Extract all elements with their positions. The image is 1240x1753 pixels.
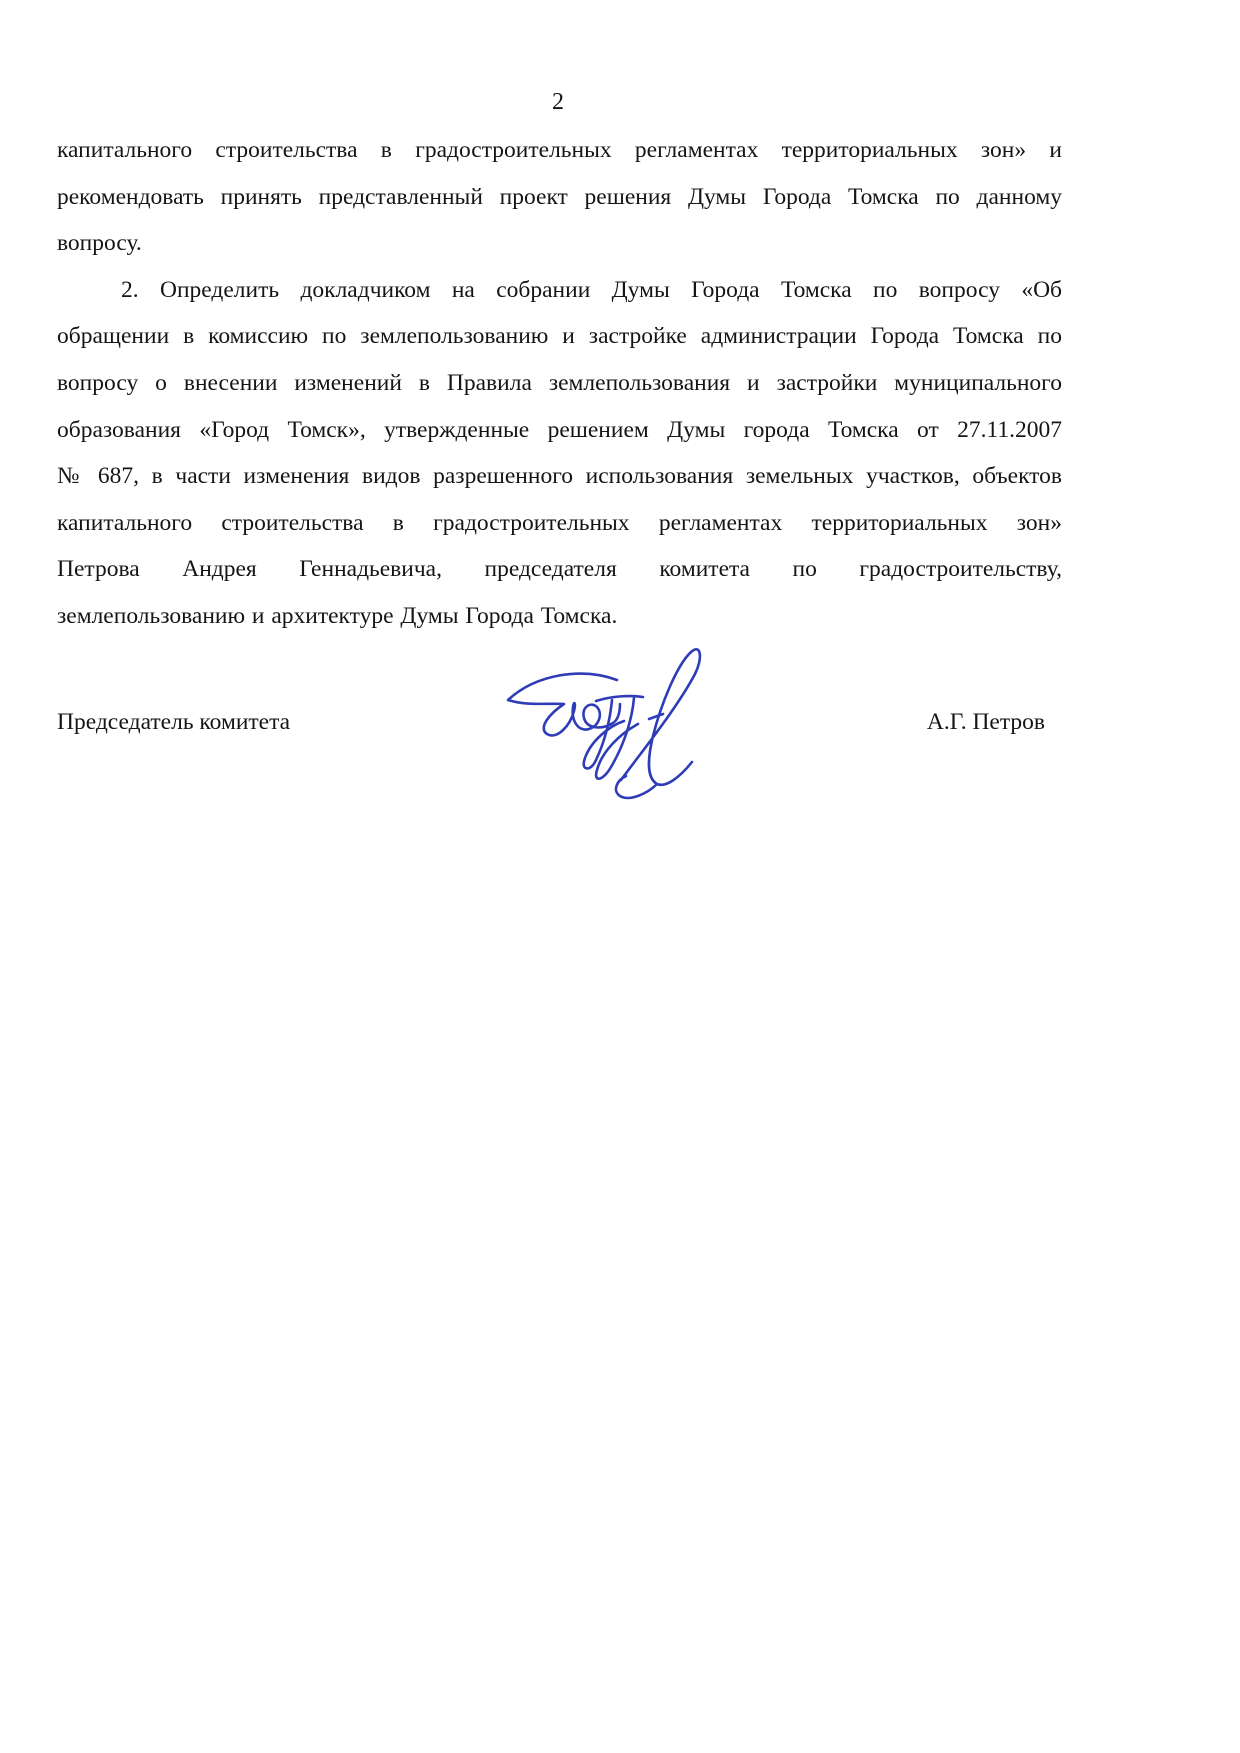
text-line: рекомендовать принять представленный про… <box>57 174 1062 221</box>
text-line: обращении в комиссию по землепользованию… <box>57 313 1062 360</box>
text-line: капитального строительства в градостроит… <box>57 127 1062 174</box>
page-number: 2 <box>0 90 1116 114</box>
document-body: капитального строительства в градостроит… <box>57 127 1062 640</box>
signature-ink-stroke <box>508 649 700 798</box>
text-line: № 687, в части изменения видов разрешенн… <box>57 453 1062 500</box>
text-line: вопросу о внесении изменений в Правила з… <box>57 360 1062 407</box>
text-line: образования «Город Томск», утвержденные … <box>57 407 1062 454</box>
text-line: 2. Определить докладчиком на собрании Ду… <box>57 267 1062 314</box>
document-page: 2 капитального строительства в градостро… <box>0 0 1240 1753</box>
text-line: вопросу. <box>57 220 1062 267</box>
text-line: капитального строительства в градостроит… <box>57 500 1062 547</box>
handwritten-signature-icon <box>450 573 720 808</box>
signatory-title: Председатель комитета <box>57 706 290 738</box>
signatory-name: А.Г. Петров <box>927 706 1045 738</box>
